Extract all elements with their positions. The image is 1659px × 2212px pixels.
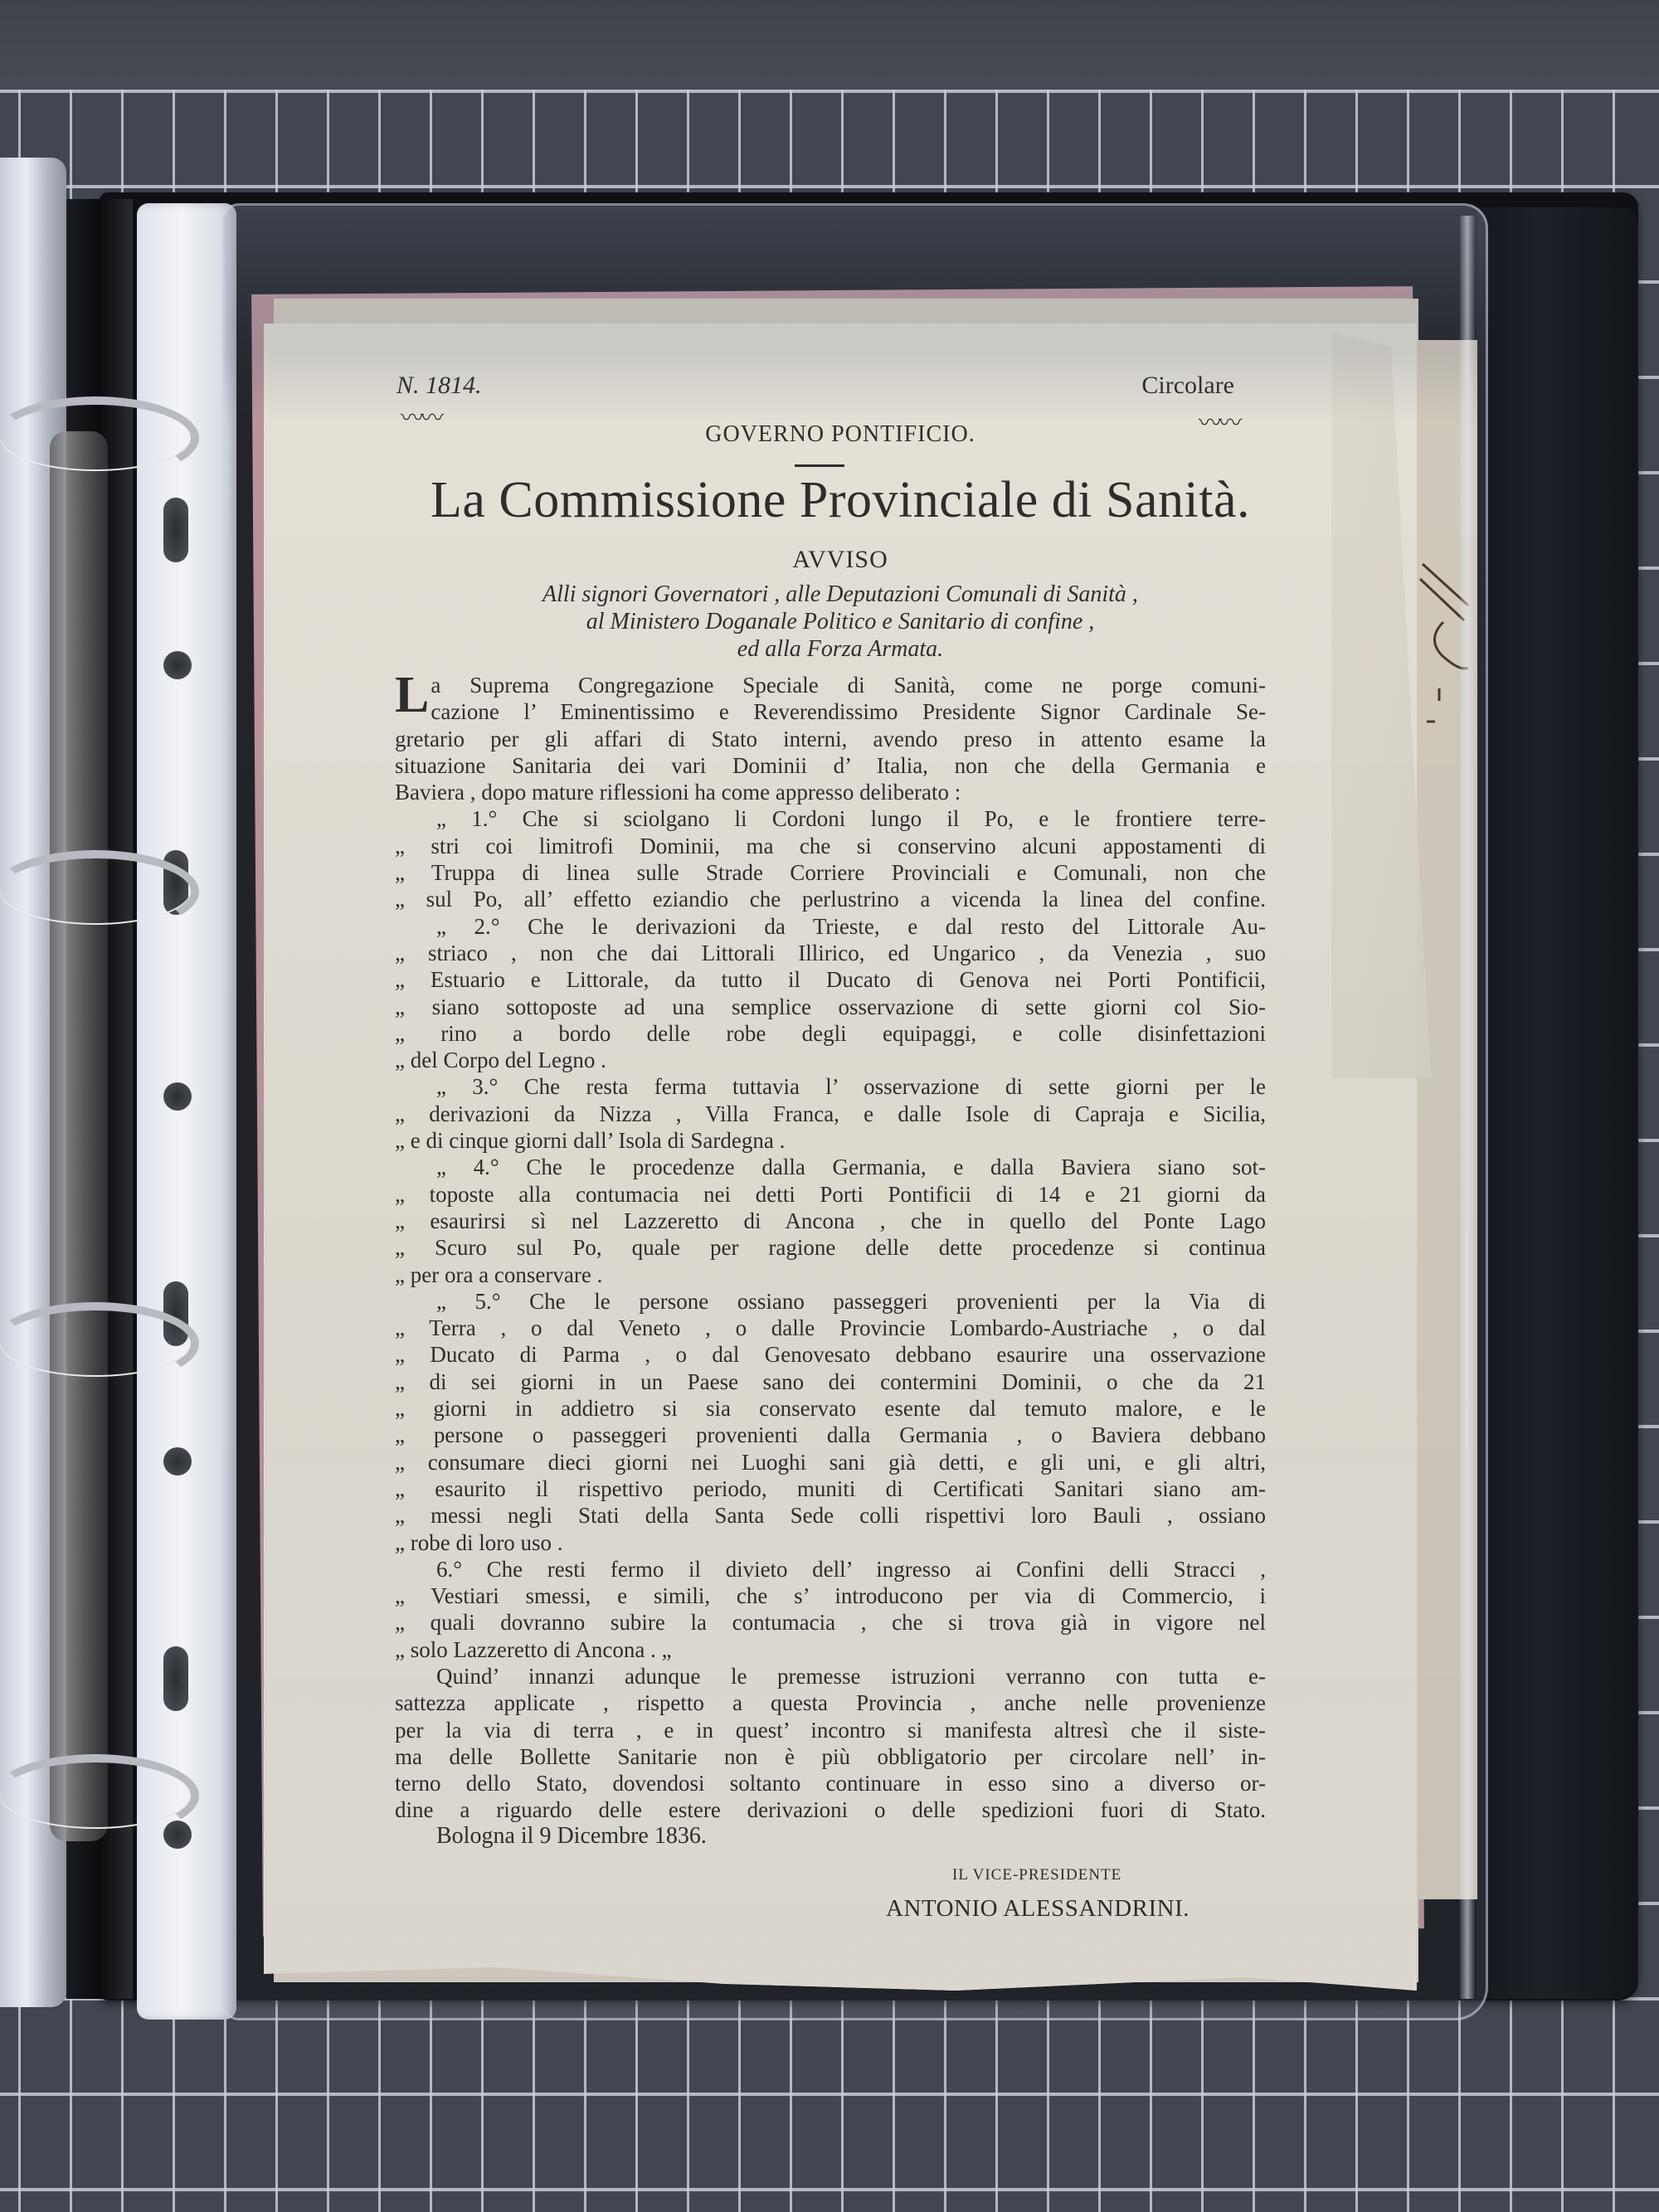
binder-ring-1 xyxy=(0,396,199,479)
binder-ring-4 xyxy=(0,1754,199,1837)
punch-slot xyxy=(163,498,188,562)
binder-ring-2 xyxy=(0,850,199,933)
punch-hole xyxy=(163,651,192,679)
punch-hole xyxy=(163,1082,192,1111)
punch-hole xyxy=(163,1447,192,1475)
punch-slot xyxy=(163,1646,188,1711)
sheet-protector-highlight xyxy=(1460,216,1475,1999)
binder-ring-3 xyxy=(0,1302,199,1385)
mat-top-band xyxy=(0,0,1659,90)
ring-mechanism xyxy=(50,431,108,1841)
sheet-protector xyxy=(222,203,1488,2020)
binder-cover-edge xyxy=(1477,207,1638,1999)
sheet-protector-hole-strip xyxy=(137,203,236,2020)
